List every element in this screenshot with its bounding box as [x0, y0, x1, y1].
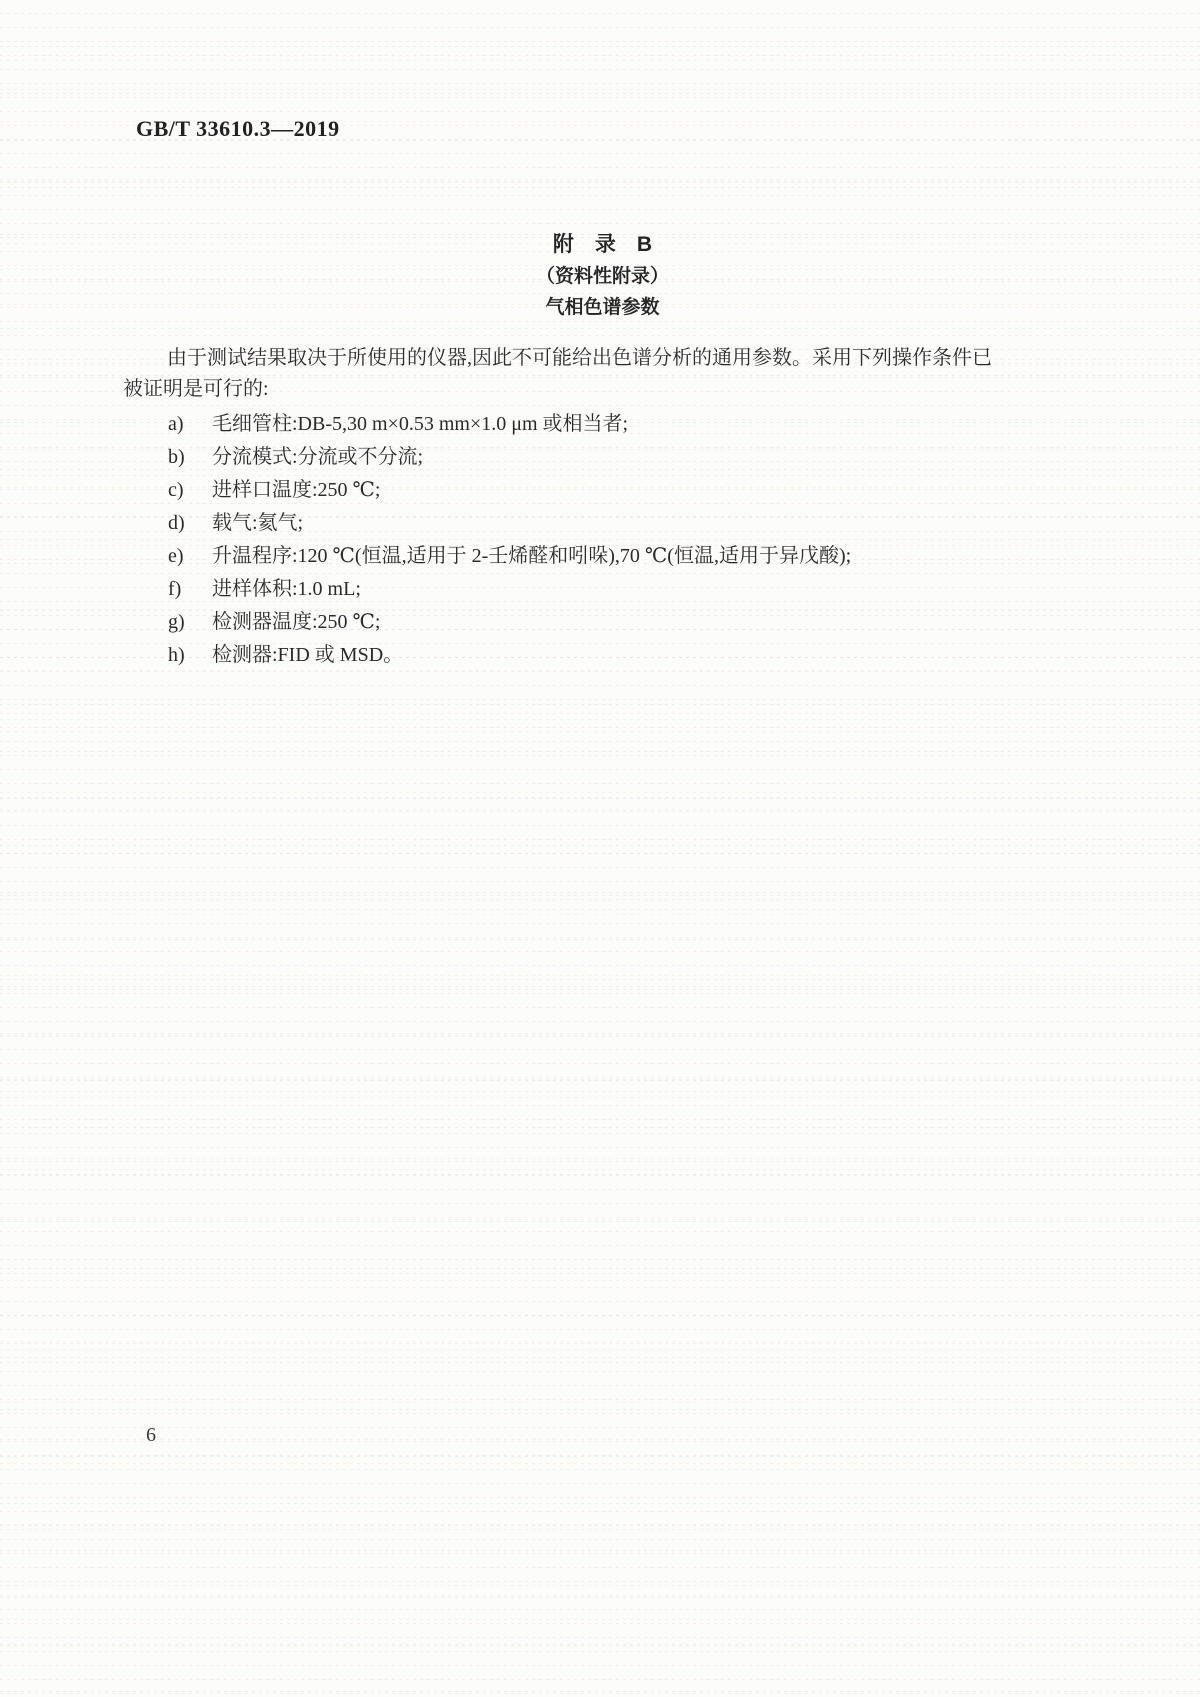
list-item-label: d)	[168, 507, 212, 540]
page-number: 6	[146, 1424, 156, 1447]
appendix-heading: 气相色谱参数	[123, 292, 1082, 323]
intro-line-1: 由于测试结果取决于所使用的仪器,因此不可能给出色谱分析的通用参数。采用下列操作条…	[123, 343, 1082, 374]
list-item-label: a)	[168, 408, 212, 441]
list-item-text: 载气:氦气;	[212, 507, 1082, 540]
list-item-text: 检测器:FID 或 MSD。	[212, 639, 1082, 672]
gc-parameter-list: a) 毛细管柱:DB-5,30 m×0.53 mm×1.0 μm 或相当者; b…	[123, 408, 1082, 672]
list-item: b) 分流模式:分流或不分流;	[168, 441, 1082, 474]
list-item: f) 进样体积:1.0 mL;	[168, 573, 1082, 606]
list-item-label: b)	[168, 441, 212, 474]
list-item: g) 检测器温度:250 ℃;	[168, 606, 1082, 639]
list-item-label: c)	[168, 474, 212, 507]
intro-paragraph: 由于测试结果取决于所使用的仪器,因此不可能给出色谱分析的通用参数。采用下列操作条…	[123, 343, 1082, 405]
list-item-text: 升温程序:120 ℃(恒温,适用于 2-壬烯醛和吲哚),70 ℃(恒温,适用于异…	[212, 540, 1082, 573]
list-item-label: h)	[168, 639, 212, 672]
list-item-text: 检测器温度:250 ℃;	[212, 606, 1082, 639]
intro-line-2: 被证明是可行的:	[123, 374, 1082, 405]
list-item: c) 进样口温度:250 ℃;	[168, 474, 1082, 507]
list-item-text: 毛细管柱:DB-5,30 m×0.53 mm×1.0 μm 或相当者;	[212, 408, 1082, 441]
appendix-subtitle: （资料性附录）	[123, 261, 1082, 292]
list-item-label: f)	[168, 573, 212, 606]
appendix-content: 附 录 B （资料性附录） 气相色谱参数 由于测试结果取决于所使用的仪器,因此不…	[123, 228, 1082, 672]
appendix-title: 附 录 B	[123, 228, 1082, 261]
list-item-text: 进样口温度:250 ℃;	[212, 474, 1082, 507]
list-item-text: 分流模式:分流或不分流;	[212, 441, 1082, 474]
list-item: a) 毛细管柱:DB-5,30 m×0.53 mm×1.0 μm 或相当者;	[168, 408, 1082, 441]
standard-number: GB/T 33610.3—2019	[136, 116, 340, 142]
list-item: e) 升温程序:120 ℃(恒温,适用于 2-壬烯醛和吲哚),70 ℃(恒温,适…	[168, 540, 1082, 573]
list-item: h) 检测器:FID 或 MSD。	[168, 639, 1082, 672]
list-item: d) 载气:氦气;	[168, 507, 1082, 540]
list-item-label: e)	[168, 540, 212, 573]
list-item-text: 进样体积:1.0 mL;	[212, 573, 1082, 606]
list-item-label: g)	[168, 606, 212, 639]
